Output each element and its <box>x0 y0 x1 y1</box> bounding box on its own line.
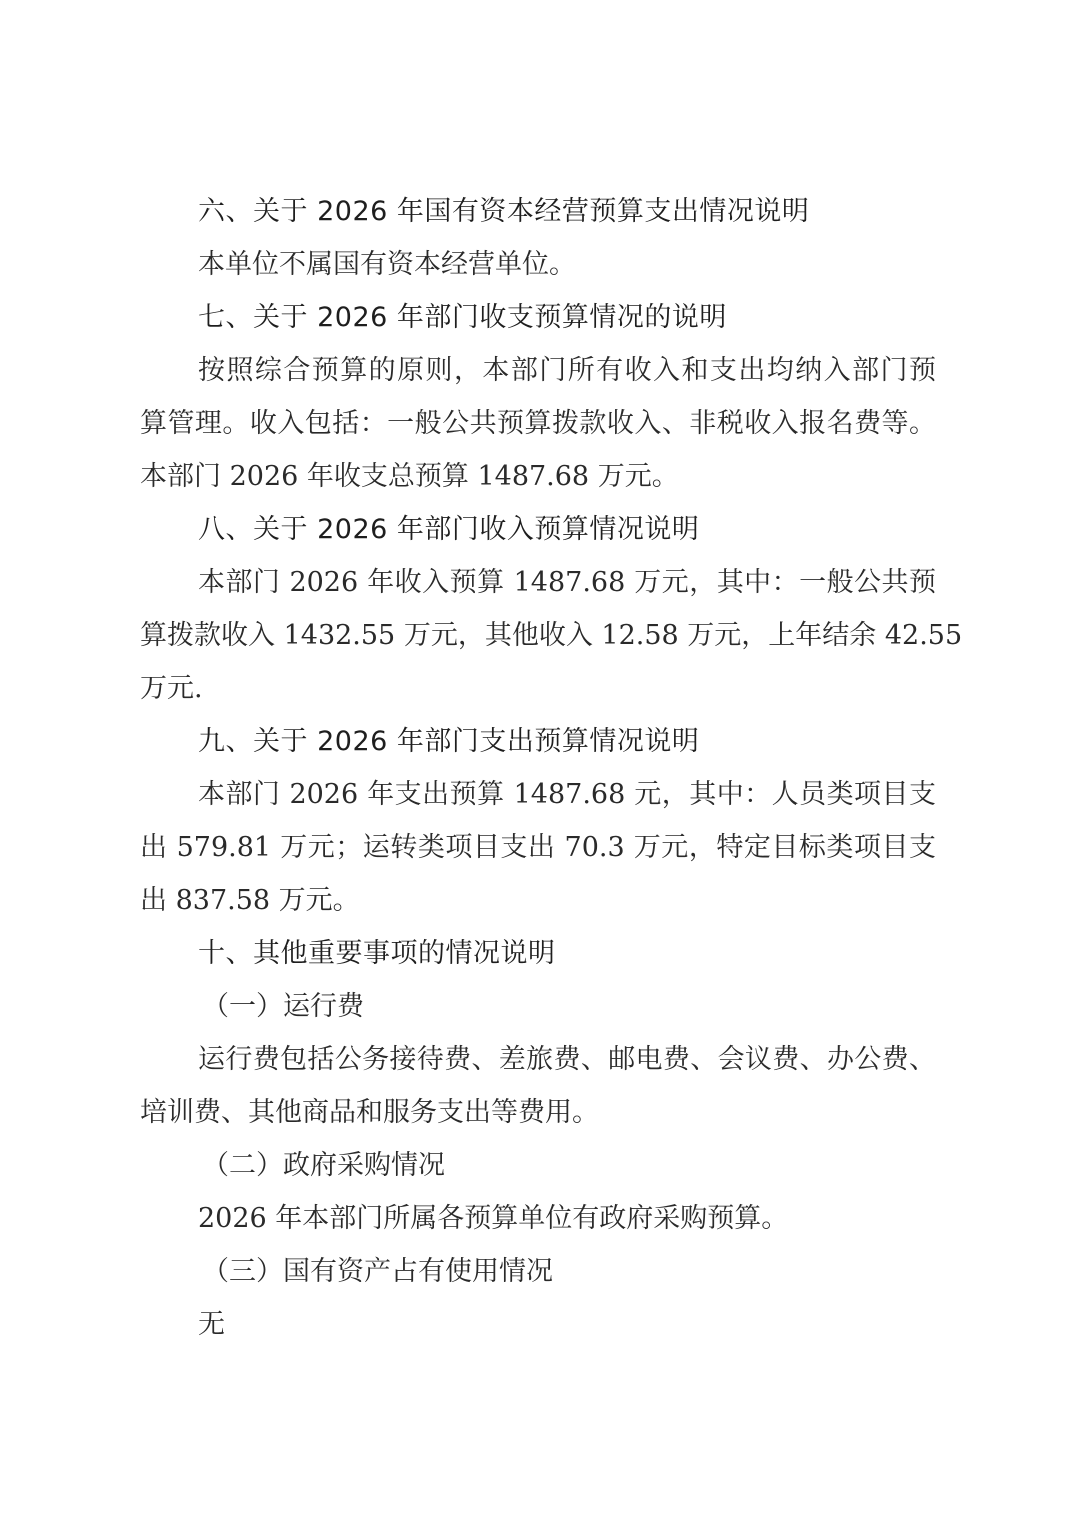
subsection-title-operating-costs: （一）运行费 <box>202 987 998 1027</box>
paragraph-line: 本部门 2026 年支出预算 1487.68 元，其中：人员类项目支 <box>198 775 936 815</box>
paragraph-line: 2026 年本部门所属各预算单位有政府采购预算。 <box>198 1199 936 1239</box>
section-heading-9: 九、关于 2026 年部门支出预算情况说明 <box>198 722 936 762</box>
paragraph-line: 培训费、其他商品和服务支出等费用。 <box>140 1093 936 1133</box>
document-page: 六、关于 2026 年国有资本经营预算支出情况说明 本单位不属国有资本经营单位。… <box>0 0 1074 1520</box>
paragraph-line: 出 837.58 万元。 <box>140 881 936 921</box>
subsection-title-procurement: （二）政府采购情况 <box>202 1146 998 1186</box>
paragraph-line: 本部门 2026 年收支总预算 1487.68 万元。 <box>140 457 936 497</box>
paragraph-line: 本部门 2026 年收入预算 1487.68 万元，其中：一般公共预 <box>198 563 936 603</box>
paragraph-line: 出 579.81 万元；运转类项目支出 70.3 万元，特定目标类项目支 <box>140 828 936 868</box>
subsection-title-state-assets: （三）国有资产占有使用情况 <box>202 1252 998 1292</box>
section-heading-7: 七、关于 2026 年部门收支预算情况的说明 <box>198 298 936 338</box>
section-heading-6: 六、关于 2026 年国有资本经营预算支出情况说明 <box>198 192 936 232</box>
paragraph-line: 算管理。收入包括：一般公共预算拨款收入、非税收入报名费等。 <box>140 404 936 444</box>
paragraph-line: 万元. <box>140 669 936 709</box>
paragraph-line: 无 <box>198 1305 936 1345</box>
section-heading-8: 八、关于 2026 年部门收入预算情况说明 <box>198 510 936 550</box>
paragraph-line: 按照综合预算的原则，本部门所有收入和支出均纳入部门预 <box>198 351 936 391</box>
paragraph-line: 本单位不属国有资本经营单位。 <box>198 245 936 285</box>
section-heading-10: 十、其他重要事项的情况说明 <box>198 934 936 974</box>
paragraph-line: 算拨款收入 1432.55 万元，其他收入 12.58 万元，上年结余 42.5… <box>140 616 936 656</box>
paragraph-line: 运行费包括公务接待费、差旅费、邮电费、会议费、办公费、 <box>198 1040 936 1080</box>
